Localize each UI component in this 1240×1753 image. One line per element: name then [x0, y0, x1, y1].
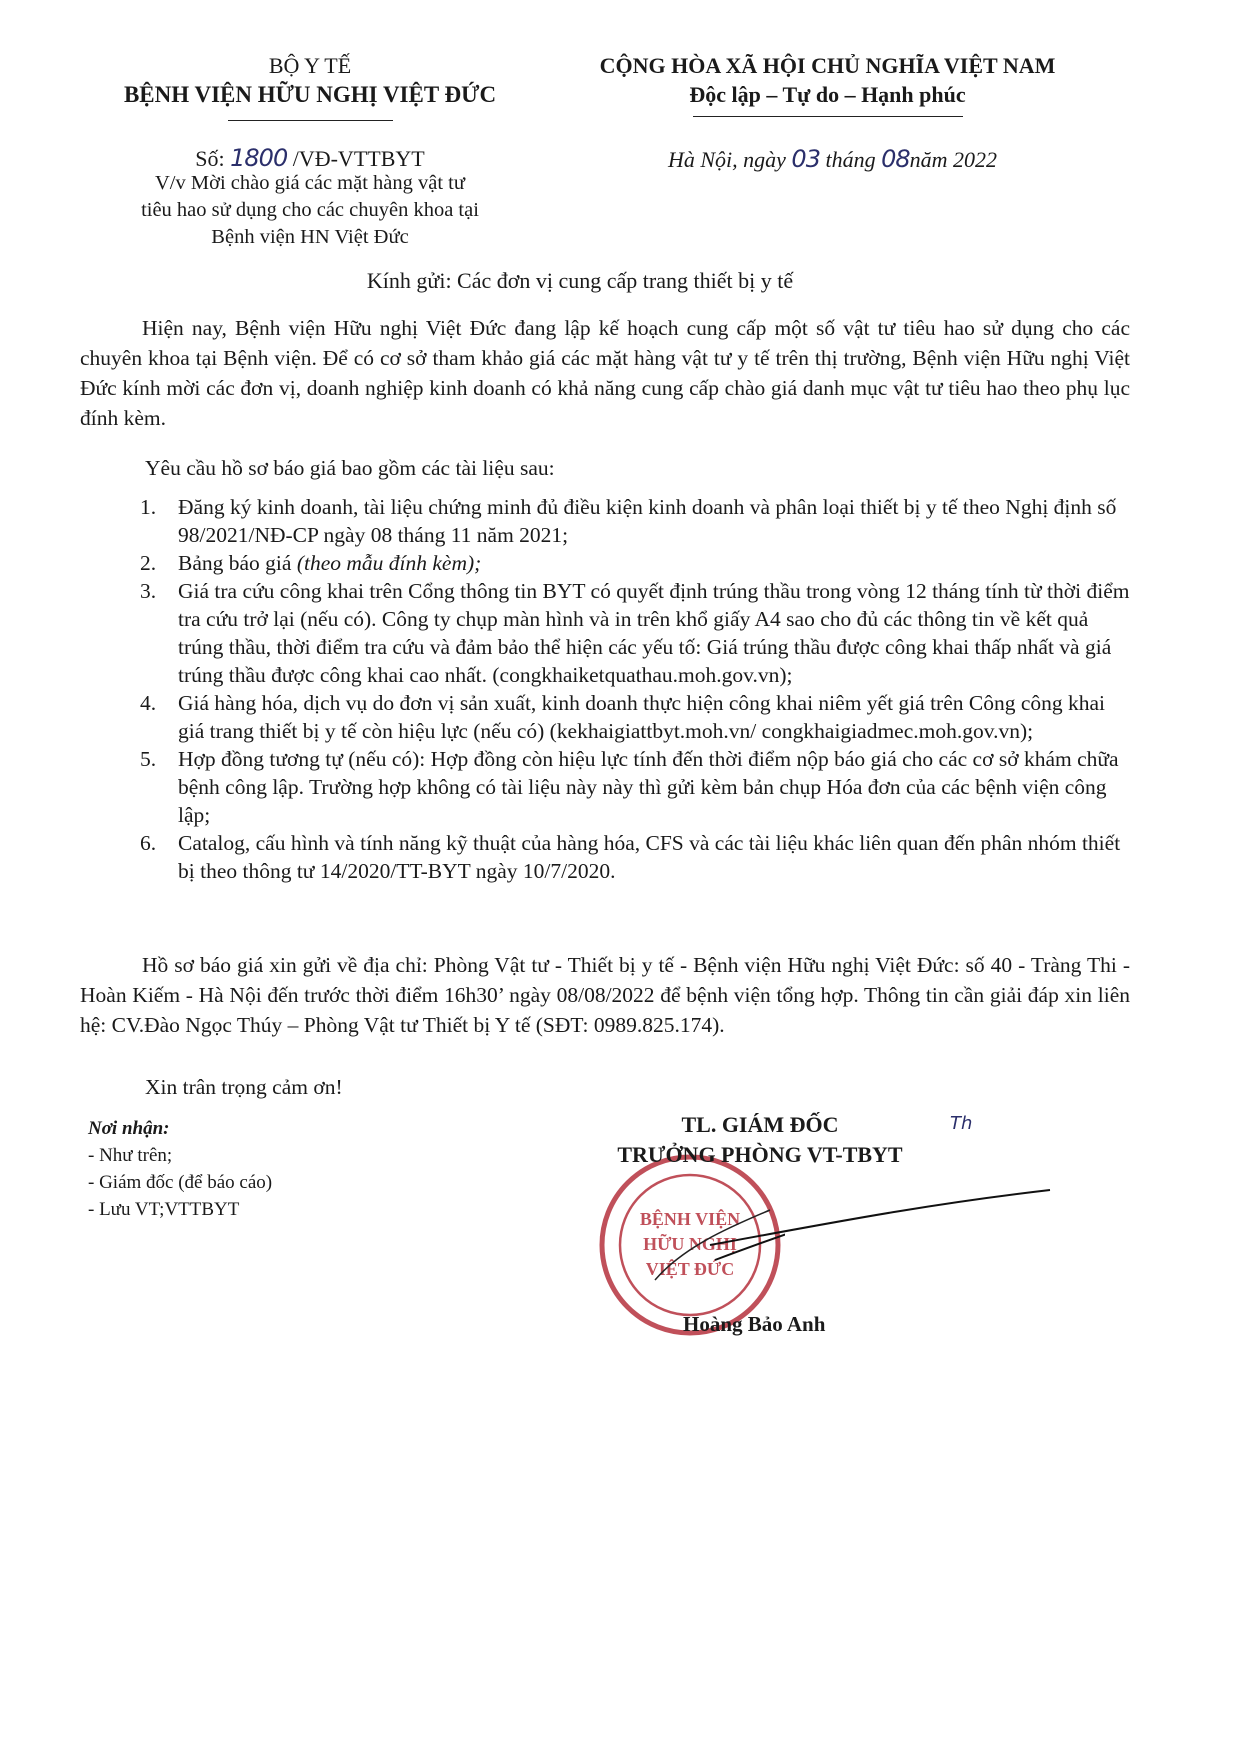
- closing: Xin trân trọng cảm ơn!: [145, 1075, 343, 1100]
- reference-handwritten-number: 1800: [230, 144, 287, 172]
- reference-number: Số: 1800 /VĐ-VTTBYT: [40, 145, 580, 172]
- signature-title: TL. GIÁM ĐỐC: [590, 1110, 930, 1140]
- list-number: 2.: [140, 549, 178, 577]
- list-number: 6.: [140, 829, 178, 885]
- date-month-label: tháng: [820, 147, 881, 172]
- list-number: 5.: [140, 745, 178, 829]
- subject-line: Bệnh viện HN Việt Đức: [40, 224, 580, 251]
- list-item: 6. Catalog, cấu hình và tính năng kỹ thu…: [140, 829, 1130, 885]
- subject-line: tiêu hao sử dụng cho các chuyên khoa tại: [40, 197, 580, 224]
- requirements-heading: Yêu cầu hồ sơ báo giá bao gồm các tài li…: [145, 456, 555, 481]
- intro-paragraph: Hiện nay, Bệnh viện Hữu nghị Việt Đức đa…: [80, 313, 1130, 433]
- signer-name: Hoàng Bảo Anh: [683, 1312, 825, 1337]
- list-item: 4. Giá hàng hóa, dịch vụ do đơn vị sản x…: [140, 689, 1130, 745]
- list-number: 3.: [140, 577, 178, 689]
- date-prefix: Hà Nội, ngày: [668, 147, 791, 172]
- list-number: 1.: [140, 493, 178, 549]
- list-text-plain: Bảng báo giá: [178, 551, 297, 575]
- header-right: CỘNG HÒA XÃ HỘI CHỦ NGHĨA VIỆT NAM Độc l…: [555, 52, 1100, 117]
- signature-position: TRƯỞNG PHÒNG VT-TBYT: [590, 1140, 930, 1170]
- list-number: 4.: [140, 689, 178, 745]
- recipient-item: - Lưu VT;VTTBYT: [88, 1196, 272, 1223]
- intro-text: Hiện nay, Bệnh viện Hữu nghị Việt Đức đa…: [80, 316, 1130, 430]
- list-text: Đăng ký kinh doanh, tài liệu chứng minh …: [178, 493, 1130, 549]
- salutation: Kính gửi: Các đơn vị cung cấp trang thiế…: [80, 268, 1080, 294]
- recipient-item: - Như trên;: [88, 1142, 272, 1169]
- recipient-item: - Giám đốc (để báo cáo): [88, 1169, 272, 1196]
- subject-block: V/v Mời chào giá các mặt hàng vật tư tiê…: [40, 170, 580, 251]
- list-item: 3. Giá tra cứu công khai trên Cổng thông…: [140, 577, 1130, 689]
- hospital-name: BỆNH VIỆN HỮU NGHỊ VIỆT ĐỨC: [40, 80, 580, 110]
- ministry-name: BỘ Y TẾ: [40, 52, 580, 80]
- recipients-block: Nơi nhận: - Như trên; - Giám đốc (để báo…: [88, 1115, 272, 1223]
- list-item: 2. Bảng báo giá (theo mẫu đính kèm);: [140, 549, 1130, 577]
- list-text: Bảng báo giá (theo mẫu đính kèm);: [178, 549, 1130, 577]
- motto: Độc lập – Tự do – Hạnh phúc: [555, 80, 1100, 110]
- header-left: BỘ Y TẾ BỆNH VIỆN HỮU NGHỊ VIỆT ĐỨC: [40, 52, 580, 121]
- divider: [228, 120, 393, 121]
- recipients-title: Nơi nhận:: [88, 1115, 272, 1142]
- date-year: năm 2022: [910, 147, 997, 172]
- list-text: Giá hàng hóa, dịch vụ do đơn vị sản xuất…: [178, 689, 1130, 745]
- reference-prefix: Số:: [195, 146, 230, 171]
- list-item: 1. Đăng ký kinh doanh, tài liệu chứng mi…: [140, 493, 1130, 549]
- requirements-list: 1. Đăng ký kinh doanh, tài liệu chứng mi…: [140, 493, 1130, 885]
- date-day: 03: [791, 145, 820, 173]
- signature-block: TL. GIÁM ĐỐC TRƯỞNG PHÒNG VT-TBYT: [590, 1110, 930, 1170]
- list-text-italic: (theo mẫu đính kèm);: [297, 551, 481, 575]
- date-line: Hà Nội, ngày 03 tháng 08năm 2022: [560, 145, 1105, 173]
- subject-line: V/v Mời chào giá các mặt hàng vật tư: [40, 170, 580, 197]
- submission-text: Hồ sơ báo giá xin gửi về địa chỉ: Phòng …: [80, 953, 1130, 1037]
- list-text: Giá tra cứu công khai trên Cổng thông ti…: [178, 577, 1130, 689]
- handwritten-initials: Th: [950, 1113, 972, 1134]
- submission-paragraph: Hồ sơ báo giá xin gửi về địa chỉ: Phòng …: [80, 950, 1130, 1040]
- reference-suffix: /VĐ-VTTBYT: [287, 146, 424, 171]
- divider: [693, 116, 963, 117]
- list-text: Hợp đồng tương tự (nếu có): Hợp đồng còn…: [178, 745, 1130, 829]
- date-month: 08: [881, 145, 910, 173]
- country-name: CỘNG HÒA XÃ HỘI CHỦ NGHĨA VIỆT NAM: [555, 52, 1100, 80]
- signature-stroke-icon: [700, 1185, 1060, 1265]
- list-item: 5. Hợp đồng tương tự (nếu có): Hợp đồng …: [140, 745, 1130, 829]
- list-text: Catalog, cấu hình và tính năng kỹ thuật …: [178, 829, 1130, 885]
